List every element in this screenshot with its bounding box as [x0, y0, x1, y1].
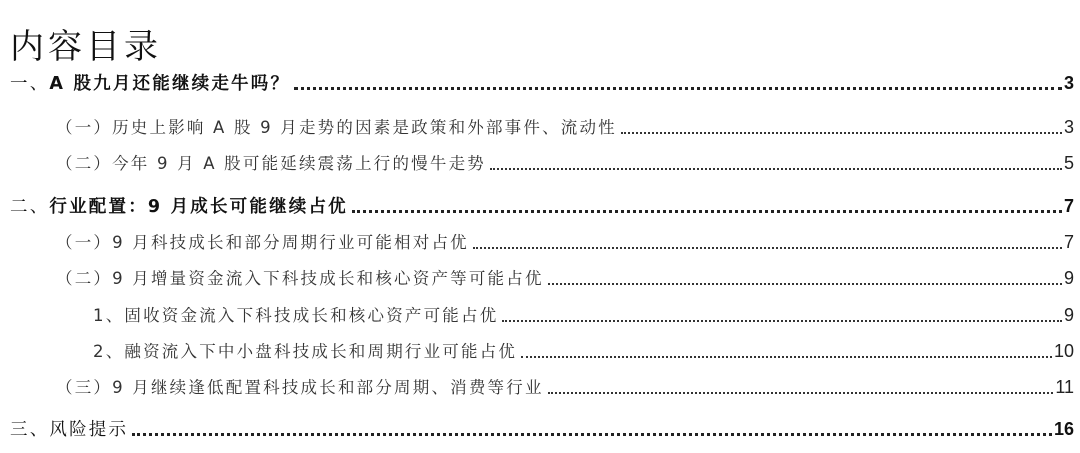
toc-entry-section-2-1[interactable]: （一）9 月科技成长和部分周期行业可能相对占优 7: [0, 229, 1074, 253]
toc-entry-section-2-2-1[interactable]: 1、固收资金流入下科技成长和核心资产可能占优 9: [0, 302, 1074, 326]
toc-entry-title: 1、固收资金流入下科技成长和核心资产可能占优: [93, 302, 498, 326]
toc-entry-title: （二）今年 9 月 A 股可能延续震荡上行的慢牛走势: [56, 150, 486, 174]
toc-entry-section-3[interactable]: 三、风险提示 16: [0, 416, 1074, 440]
toc-entry-section-2-2-2[interactable]: 2、融资流入下中小盘科技成长和周期行业可能占优 10: [0, 338, 1074, 362]
toc-entry-page: 10: [1054, 341, 1074, 362]
page-title: 内容目录: [10, 25, 162, 69]
toc-entry-page: 3: [1064, 117, 1074, 138]
dot-leader: [490, 168, 1062, 170]
dot-leader: [294, 87, 1062, 90]
toc-entry-title: 2、融资流入下中小盘科技成长和周期行业可能占优: [93, 338, 517, 362]
dot-leader: [473, 247, 1062, 249]
toc-entry-title: A 股九月还能继续走牛吗？: [49, 74, 290, 94]
toc-entry-page: 5: [1064, 153, 1074, 174]
toc-entry-title: 行业配置：9 月成长可能继续占优: [49, 197, 347, 217]
dot-leader: [521, 356, 1052, 358]
toc-entry-number: 一、: [10, 74, 49, 94]
toc-entry-title: （三）9 月继续逢低配置科技成长和部分周期、消费等行业: [56, 374, 544, 398]
toc-entry-section-2[interactable]: 二、行业配置：9 月成长可能继续占优 7: [0, 193, 1074, 217]
toc-entry-page: 7: [1064, 232, 1074, 253]
toc-entry-section-1-2[interactable]: （二）今年 9 月 A 股可能延续震荡上行的慢牛走势 5: [0, 150, 1074, 174]
toc-entry-page: 16: [1054, 419, 1074, 440]
dot-leader: [548, 392, 1054, 394]
toc-entry-page: 11: [1055, 377, 1074, 398]
toc-entry-page: 9: [1064, 305, 1074, 326]
toc-entry-section-1-1[interactable]: （一）历史上影响 A 股 9 月走势的因素是政策和外部事件、流动性 3: [0, 114, 1074, 138]
toc-entry-section-1[interactable]: 一、A 股九月还能继续走牛吗？ 3: [0, 70, 1074, 94]
toc-entry-page: 3: [1064, 73, 1074, 94]
toc-entry-title: 风险提示: [49, 420, 128, 440]
dot-leader: [132, 433, 1052, 436]
toc-entry-title: （一）历史上影响 A 股 9 月走势的因素是政策和外部事件、流动性: [56, 114, 617, 138]
toc-entry-number: 三、: [10, 420, 49, 440]
toc-entry-title: （二）9 月增量资金流入下科技成长和核心资产等可能占优: [56, 265, 544, 289]
dot-leader: [352, 210, 1062, 213]
toc-entry-number: 二、: [10, 197, 49, 217]
toc-entry-page: 9: [1064, 268, 1074, 289]
dot-leader: [548, 283, 1062, 285]
toc-entry-title: （一）9 月科技成长和部分周期行业可能相对占优: [56, 229, 469, 253]
toc-entry-section-2-2[interactable]: （二）9 月增量资金流入下科技成长和核心资产等可能占优 9: [0, 265, 1074, 289]
dot-leader: [621, 132, 1062, 134]
dot-leader: [502, 320, 1062, 322]
toc-entry-page: 7: [1064, 196, 1074, 217]
toc-entry-section-2-3[interactable]: （三）9 月继续逢低配置科技成长和部分周期、消费等行业 11: [0, 374, 1074, 398]
